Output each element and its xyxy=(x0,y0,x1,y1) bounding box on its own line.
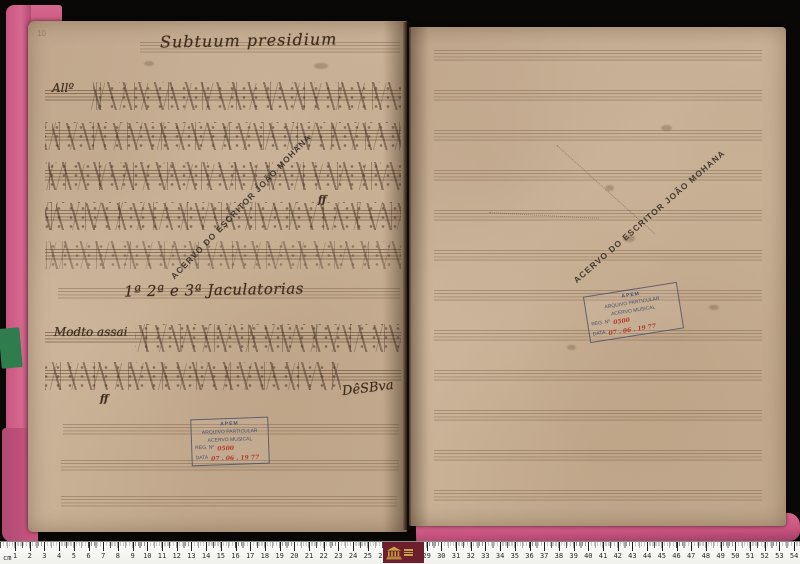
ruler-tick xyxy=(721,542,722,551)
ruler-tick xyxy=(544,542,545,551)
ruler-number: 37 xyxy=(540,552,548,560)
music-staff xyxy=(434,210,762,223)
ruler-tick xyxy=(44,542,45,551)
ruler-tick xyxy=(118,542,119,551)
ruler-number: 33 xyxy=(481,552,489,560)
ruler-number: 9 xyxy=(130,552,134,560)
ruler-tick xyxy=(618,542,619,551)
ruler-tick xyxy=(677,542,678,551)
handwritten-notes xyxy=(45,362,341,390)
ruler-tick xyxy=(794,542,795,551)
music-staff xyxy=(61,496,397,509)
building-icon xyxy=(386,546,402,560)
ruler-tick xyxy=(750,542,751,551)
piece-title: Subtuum presidium xyxy=(160,29,338,51)
archive-stamp-box: APEM ARQUIVO PARTICULAR ACERVO MUSICAL R… xyxy=(190,417,270,467)
ruler-tick xyxy=(647,542,648,551)
badge-text-lines xyxy=(404,548,413,557)
manuscript-scan: 10 Subtuum presidium Allº ff xyxy=(0,0,800,564)
ruler-number: 36 xyxy=(525,552,533,560)
ruler-number: 25 xyxy=(364,552,372,560)
ruler-number: 53 xyxy=(775,552,783,560)
ruler-tick xyxy=(15,542,16,551)
ruler-number: 10 xyxy=(143,552,151,560)
ruler-number: 39 xyxy=(569,552,577,560)
ruler-number: 48 xyxy=(702,552,710,560)
music-staff xyxy=(434,490,762,503)
handwritten-notes xyxy=(45,162,401,190)
measurement-ruler: cm12345678910111213141516171819202122232… xyxy=(0,541,800,564)
ruler-tick xyxy=(735,542,736,551)
stamp-date-label: DATA xyxy=(195,454,208,464)
ruler-tick xyxy=(221,542,222,551)
ruler-number: 21 xyxy=(305,552,313,560)
ink-bleed-spot xyxy=(709,305,719,310)
ruler-number: 4 xyxy=(57,552,61,560)
ruler-tick xyxy=(500,542,501,551)
ruler-tick xyxy=(309,542,310,551)
ruler-number: 7 xyxy=(101,552,105,560)
ruler-number: 20 xyxy=(290,552,298,560)
ruler-number: 43 xyxy=(628,552,636,560)
ruler-tick xyxy=(456,542,457,551)
ruler-tick xyxy=(265,542,266,551)
ruler-tick xyxy=(353,542,354,551)
ruler-number: 6 xyxy=(86,552,90,560)
tempo-marking-allegro: Allº xyxy=(52,81,74,95)
music-staff xyxy=(434,130,762,143)
ruler-tick xyxy=(765,542,766,551)
ruler-number: 50 xyxy=(731,552,739,560)
ink-bleed-spot xyxy=(661,125,672,131)
ruler-tick xyxy=(603,542,604,551)
ruler-number: 42 xyxy=(613,552,621,560)
ruler-tick xyxy=(706,542,707,551)
ruler-unit-label: cm xyxy=(3,554,11,562)
ruler-tick xyxy=(530,542,531,551)
ruler-tick xyxy=(89,542,90,551)
ruler-tick xyxy=(427,542,428,551)
ruler-tick xyxy=(59,542,60,551)
manuscript-left-page: 10 Subtuum presidium Allº ff xyxy=(28,21,407,532)
page-gutter xyxy=(403,22,411,530)
ruler-tick xyxy=(471,542,472,551)
ruler-number: 51 xyxy=(746,552,754,560)
ink-blot xyxy=(144,61,154,66)
dynamic-marking-ff: ff xyxy=(318,195,326,206)
ruler-number: 41 xyxy=(599,552,607,560)
ruler-number: 46 xyxy=(672,552,680,560)
ruler-number: 23 xyxy=(334,552,342,560)
ruler-tick xyxy=(162,542,163,551)
ruler-tick xyxy=(294,542,295,551)
ruler-tick xyxy=(779,542,780,551)
ruler-tick xyxy=(324,542,325,551)
music-staff xyxy=(434,410,762,423)
ruler-tick xyxy=(691,542,692,551)
ruler-number: 15 xyxy=(217,552,225,560)
ruler-tick xyxy=(74,542,75,551)
ruler-number: 47 xyxy=(687,552,695,560)
handwritten-notes xyxy=(91,82,401,110)
ruler-tick xyxy=(191,542,192,551)
ruler-number: 19 xyxy=(275,552,283,560)
ruler-number: 35 xyxy=(511,552,519,560)
ruler-tick xyxy=(338,542,339,551)
ruler-number: 54 xyxy=(790,552,798,560)
music-staff xyxy=(434,90,762,103)
ruler-number: 30 xyxy=(437,552,445,560)
music-staff xyxy=(434,50,762,63)
manuscript-right-page: ACERVO DO ESCRITOR JOÃO MOHANA APEM ARQU… xyxy=(409,27,786,526)
music-system xyxy=(45,241,401,269)
ruler-number: 52 xyxy=(760,552,768,560)
ruler-tick xyxy=(515,542,516,551)
tempo-marking-moderato: Modto assai xyxy=(54,325,128,339)
handwritten-notes xyxy=(135,324,401,352)
music-system xyxy=(45,162,401,190)
ruler-tick xyxy=(250,542,251,551)
ink-bleed-spot xyxy=(567,345,576,350)
ruler-tick xyxy=(441,542,442,551)
ruler-number: 40 xyxy=(584,552,592,560)
ruler-tick xyxy=(147,542,148,551)
green-bookmark-tab xyxy=(0,327,23,369)
ruler-tick xyxy=(368,542,369,551)
ink-blot xyxy=(314,63,328,69)
ruler-number: 11 xyxy=(158,552,166,560)
music-staff xyxy=(434,450,762,463)
ruler-tick xyxy=(574,542,575,551)
ruler-number: 17 xyxy=(246,552,254,560)
music-system xyxy=(45,82,401,110)
ruler-tick xyxy=(280,542,281,551)
ruler-tick xyxy=(103,542,104,551)
ruler-tick xyxy=(236,542,237,551)
handwritten-notes xyxy=(45,122,401,150)
ruler-number: 3 xyxy=(42,552,46,560)
music-staff xyxy=(434,370,762,383)
ruler-number: 49 xyxy=(716,552,724,560)
ruler-number: 45 xyxy=(658,552,666,560)
ruler-tick xyxy=(588,542,589,551)
ruler-number: 38 xyxy=(555,552,563,560)
stamp-date-value: 07 . 06 . 19 77 xyxy=(211,453,259,464)
page-number: 10 xyxy=(37,29,46,38)
ruler-tick xyxy=(133,542,134,551)
ruler-number: 8 xyxy=(116,552,120,560)
ruler-tick xyxy=(206,542,207,551)
ruler-tick xyxy=(485,542,486,551)
ruler-tick xyxy=(177,542,178,551)
ruler-number: 44 xyxy=(643,552,651,560)
ruler-number: 16 xyxy=(231,552,239,560)
stamp-date-label: DATA xyxy=(592,329,606,340)
ruler-number: 32 xyxy=(466,552,474,560)
ruler-number: 31 xyxy=(452,552,460,560)
ruler-number: 14 xyxy=(202,552,210,560)
apem-logo-badge xyxy=(383,542,424,563)
handwritten-notes xyxy=(45,241,401,269)
dynamic-marking-ff: ff xyxy=(100,394,108,405)
ruler-number: 1 xyxy=(13,552,17,560)
music-system xyxy=(45,122,401,150)
ruler-number: 2 xyxy=(28,552,32,560)
ruler-number: 34 xyxy=(496,552,504,560)
ruler-number: 22 xyxy=(319,552,327,560)
ruler-number: 13 xyxy=(187,552,195,560)
ruler-tick xyxy=(632,542,633,551)
ruler-tick xyxy=(662,542,663,551)
ruler-number: 5 xyxy=(72,552,76,560)
ruler-tick xyxy=(30,542,31,551)
ruler-number: 24 xyxy=(349,552,357,560)
ruler-number: 12 xyxy=(172,552,180,560)
ruler-tick xyxy=(559,542,560,551)
ruler-number: 18 xyxy=(261,552,269,560)
section-title: 1ª 2ª e 3ª Jaculatorias xyxy=(124,279,304,300)
